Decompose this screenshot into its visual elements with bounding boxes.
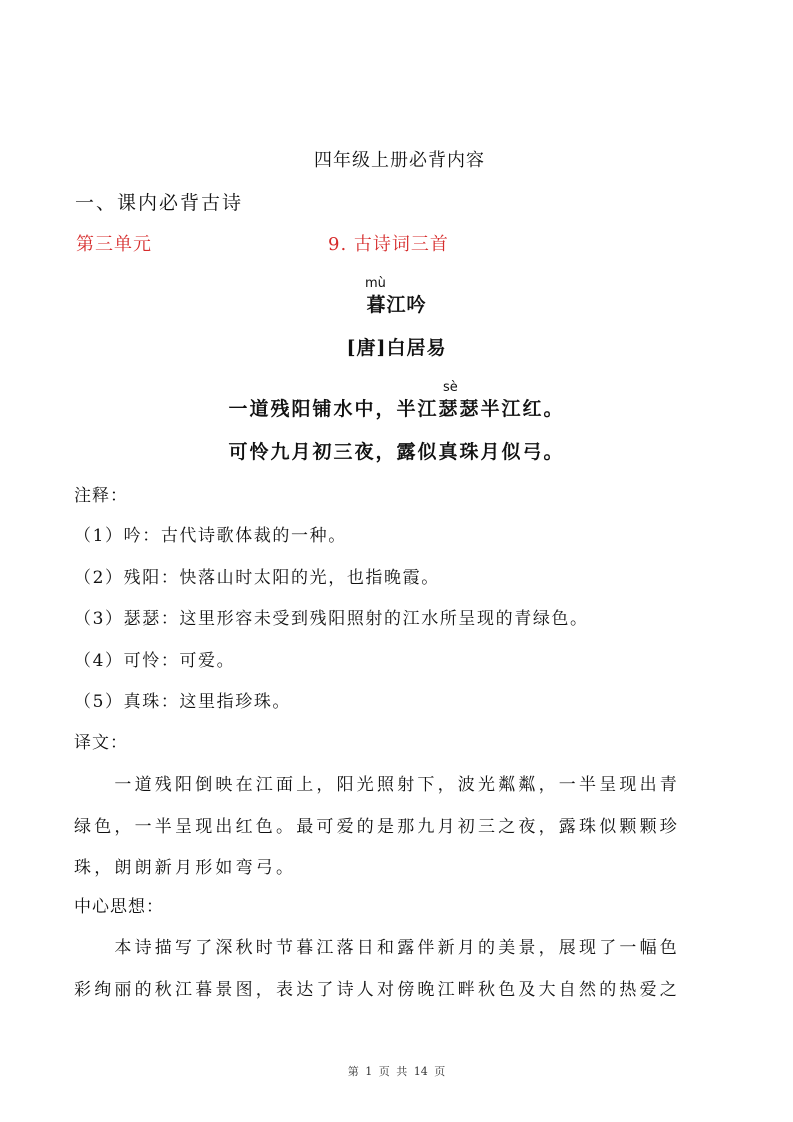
unit-label: 第三单元 xyxy=(76,230,152,256)
central-idea-line: 本诗描写了深秋时节暮江落日和露伴新月的美景，展现了一幅色 xyxy=(74,933,680,958)
note-item: （1）吟：古代诗歌体裁的一种。 xyxy=(74,521,347,546)
poem-author: [唐]白居易 xyxy=(0,333,793,360)
translation-line: 珠，朗朗新月形如弯弓。 xyxy=(74,853,296,878)
poem-line-pinyin: sè xyxy=(443,380,458,395)
note-item: （2）残阳：快落山时太阳的光，也指晚霞。 xyxy=(74,563,440,588)
notes-label: 注释： xyxy=(74,481,128,506)
page-title: 四年级上册必背内容 xyxy=(0,146,793,172)
note-item: （5）真珠：这里指珍珠。 xyxy=(74,687,291,712)
poem-line: 一道残阳铺水中，半江瑟瑟半江红。 xyxy=(0,394,793,421)
central-idea-label: 中心思想： xyxy=(74,892,164,917)
translation-line: 一道残阳倒映在江面上，阳光照射下，波光粼粼，一半呈现出青 xyxy=(74,770,680,795)
translation-label: 译文： xyxy=(74,728,128,753)
note-item: （3）瑟瑟：这里形容未受到残阳照射的江水所呈现的青绿色。 xyxy=(74,604,589,629)
page-footer: 第 1 页 共 14 页 xyxy=(0,1063,793,1079)
note-item: （4）可怜：可爱。 xyxy=(74,646,235,671)
poem-title-pinyin: mù xyxy=(365,276,386,291)
lesson-label: 9. 古诗词三首 xyxy=(328,230,449,256)
translation-line: 绿色，一半呈现出红色。最可爱的是那九月初三之夜，露珠似颗颗珍 xyxy=(74,812,680,837)
poem-line: 可怜九月初三夜，露似真珠月似弓。 xyxy=(0,437,793,464)
poem-title: 暮江吟 xyxy=(0,290,793,317)
section-heading: 一、课内必背古诗 xyxy=(75,188,243,215)
central-idea-line: 彩绚丽的秋江暮景图，表达了诗人对傍晚江畔秋色及大自然的热爱之 xyxy=(74,975,680,1000)
